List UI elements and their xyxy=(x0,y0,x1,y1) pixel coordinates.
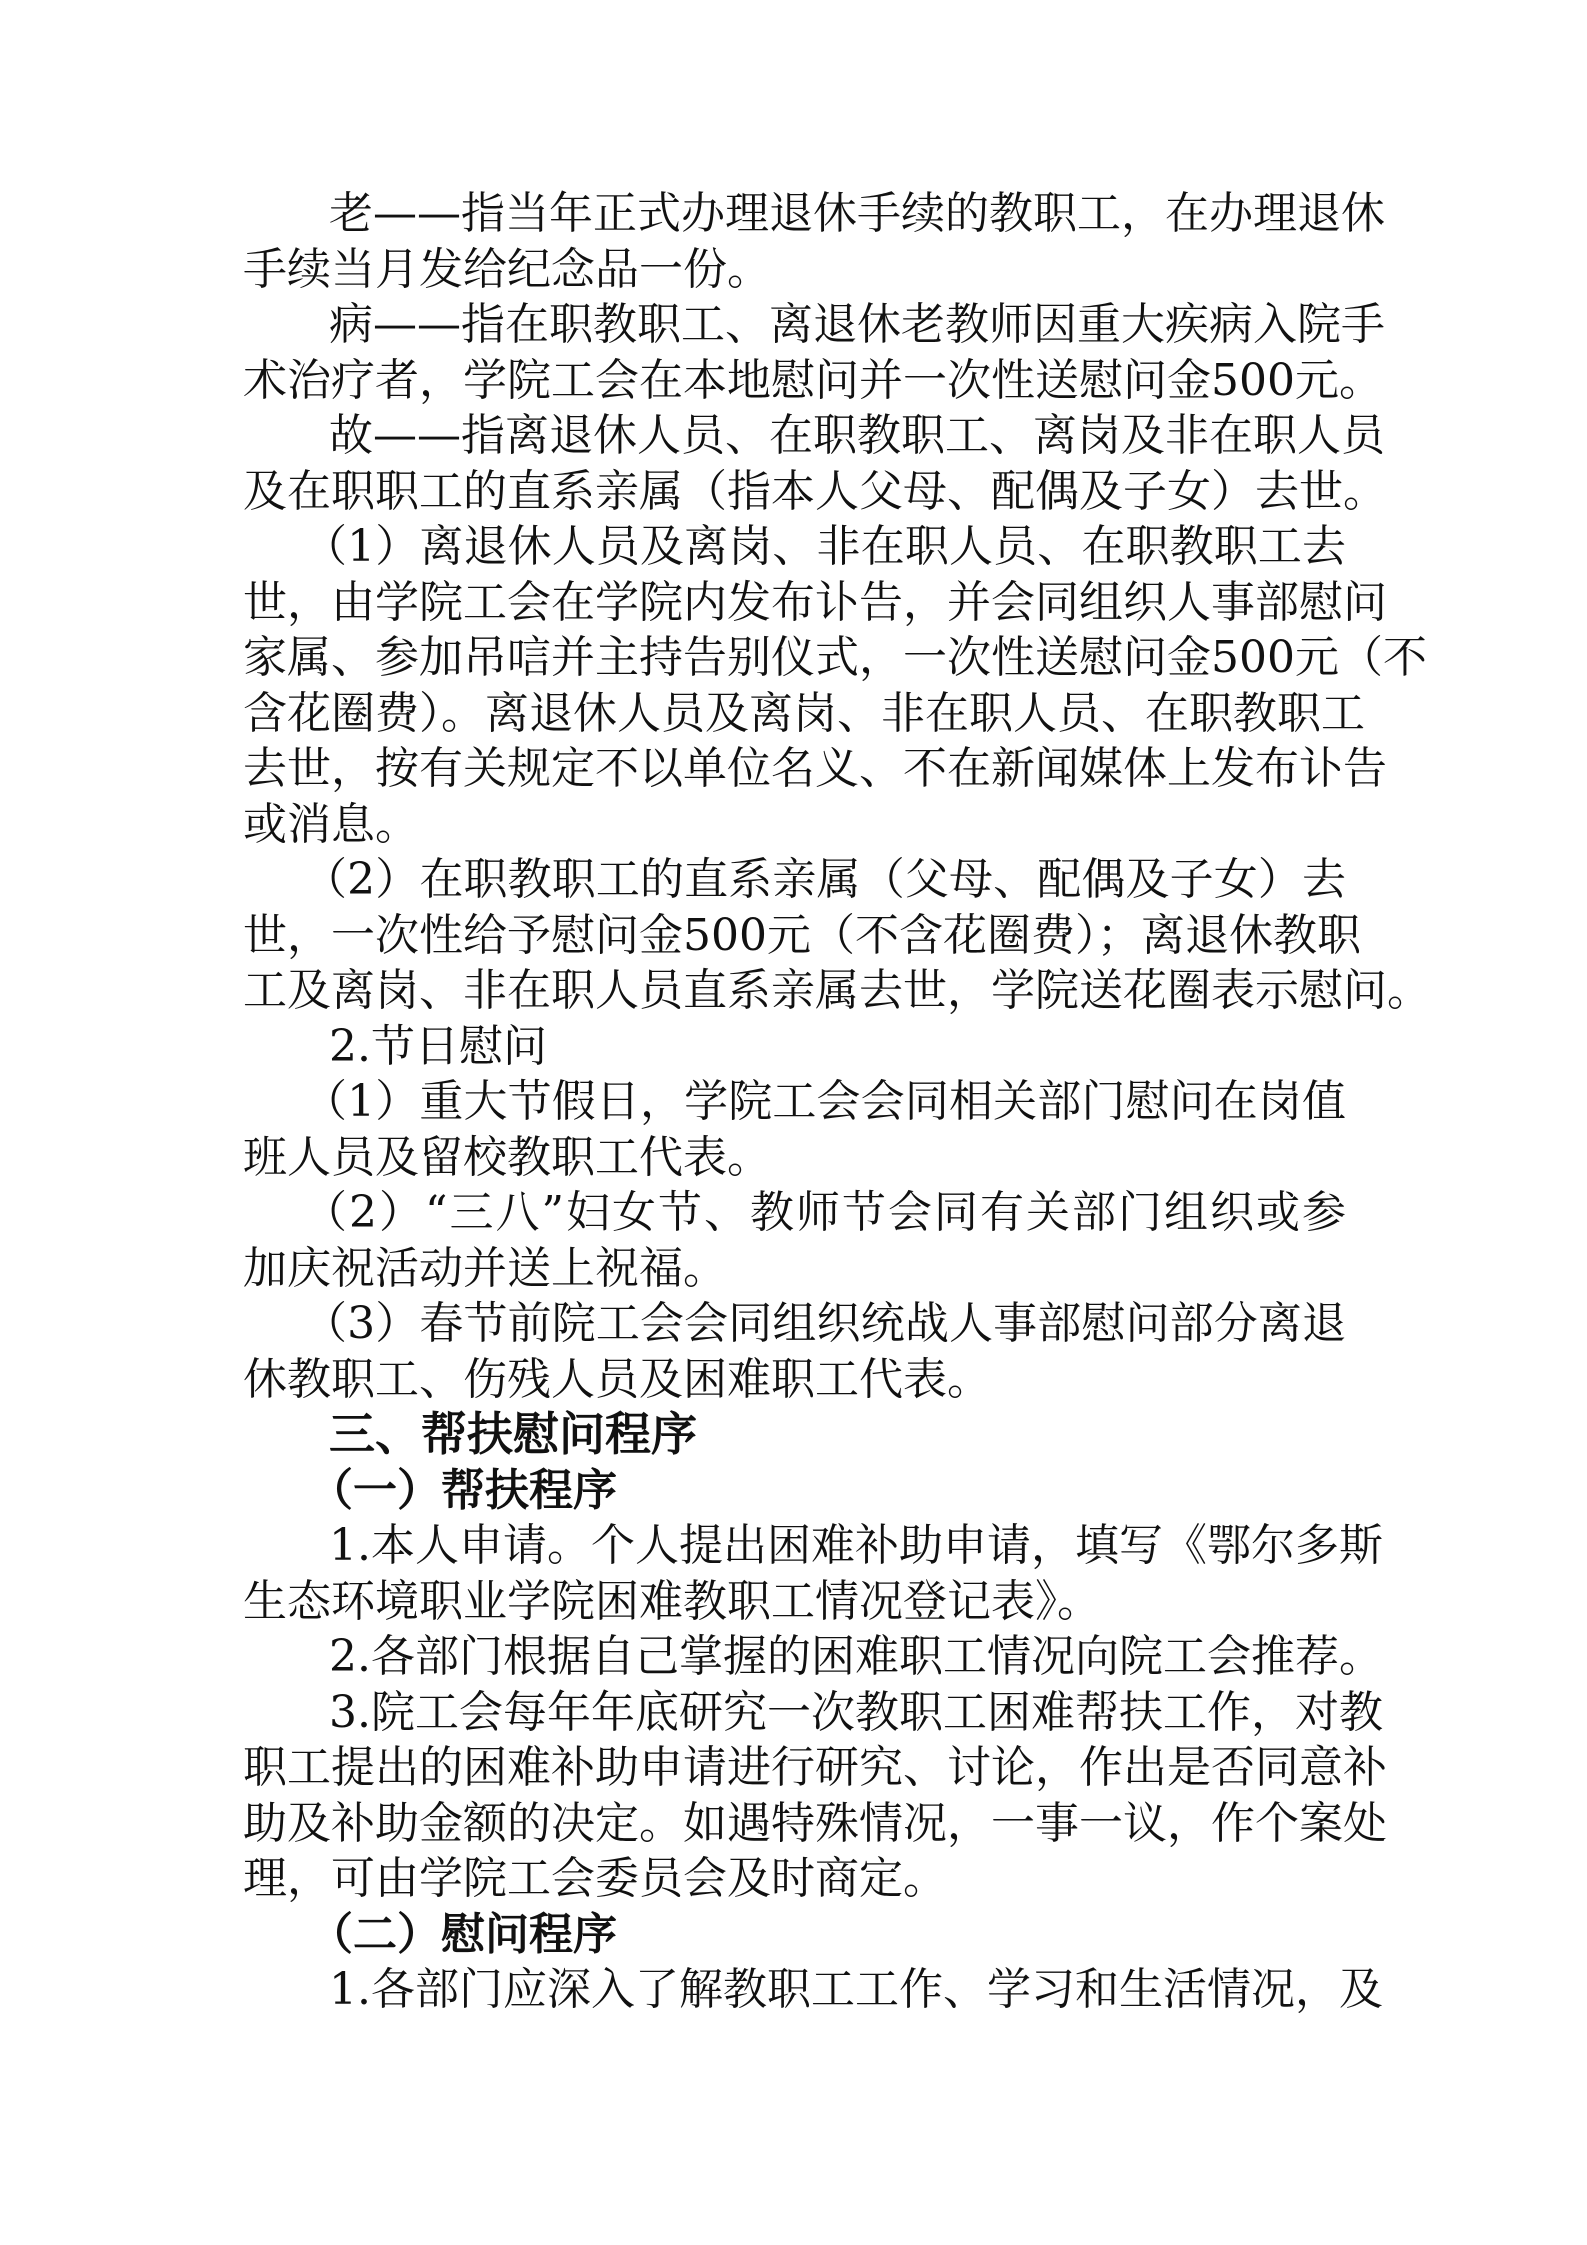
paragraph-line: 职工提出的困难补助申请进行研究、讨论，作出是否同意补 xyxy=(243,1740,1346,1796)
paragraph-line-lao: 老——指当年正式办理退休手续的教职工，在办理退休 xyxy=(243,186,1346,242)
list-item-line: 1.本人申请。个人提出困难补助申请，填写《鄂尔多斯 xyxy=(243,1518,1346,1574)
section-heading: 三、帮扶慰问程序 xyxy=(243,1407,1346,1463)
document-page: 老——指当年正式办理退休手续的教职工，在办理退休 手续当月发给纪念品一份。 病—… xyxy=(0,0,1587,2245)
list-item-line: （3）春节前院工会会同组织统战人事部慰问部分离退 xyxy=(243,1296,1346,1352)
paragraph-line: 休教职工、伤残人员及困难职工代表。 xyxy=(243,1352,1346,1408)
list-item-line: （2）“三八”妇女节、教师节会同有关部门组织或参 xyxy=(243,1185,1346,1241)
paragraph-line: 去世，按有关规定不以单位名义、不在新闻媒体上发布讣告 xyxy=(243,741,1346,797)
document-body: 老——指当年正式办理退休手续的教职工，在办理退休 手续当月发给纪念品一份。 病—… xyxy=(243,186,1346,2018)
list-item-line: 3.院工会每年年底研究一次教职工困难帮扶工作，对教 xyxy=(243,1685,1346,1741)
paragraph-line-bing: 病——指在职教职工、离退休老教师因重大疾病入院手 xyxy=(243,297,1346,353)
paragraph-line: 世，一次性给予慰问金500元（不含花圈费）；离退休教职 xyxy=(243,908,1346,964)
paragraph-line: 家属、参加吊唁并主持告别仪式，一次性送慰问金500元（不 xyxy=(243,630,1346,686)
list-item-line: （2）在职教职工的直系亲属（父母、配偶及子女）去 xyxy=(243,852,1346,908)
paragraph-line: 术治疗者，学院工会在本地慰问并一次性送慰问金500元。 xyxy=(243,353,1346,409)
paragraph-line-gu: 故——指离退休人员、在职教职工、离岗及非在职人员 xyxy=(243,408,1346,464)
paragraph-line: 及在职职工的直系亲属（指本人父母、配偶及子女）去世。 xyxy=(243,464,1346,520)
paragraph-line: 含花圈费）。离退休人员及离岗、非在职人员、在职教职工 xyxy=(243,686,1346,742)
paragraph-line: 世，由学院工会在学院内发布讣告，并会同组织人事部慰问 xyxy=(243,575,1346,631)
list-item-line: 1.各部门应深入了解教职工工作、学习和生活情况，及 xyxy=(243,1962,1346,2018)
paragraph-line: 工及离岗、非在职人员直系亲属去世，学院送花圈表示慰问。 xyxy=(243,963,1346,1019)
paragraph-line: 助及补助金额的决定。如遇特殊情况，一事一议，作个案处 xyxy=(243,1796,1346,1852)
paragraph-line: 加庆祝活动并送上祝福。 xyxy=(243,1241,1346,1297)
subsection-heading-condolence: （二）慰问程序 xyxy=(243,1907,1346,1963)
list-item-line: 2.各部门根据自己掌握的困难职工情况向院工会推荐。 xyxy=(243,1629,1346,1685)
subsection-title-holiday: 2.节日慰问 xyxy=(243,1019,1346,1075)
paragraph-line: 或消息。 xyxy=(243,797,1346,853)
paragraph-line: 手续当月发给纪念品一份。 xyxy=(243,242,1346,298)
paragraph-line: 理，可由学院工会委员会及时商定。 xyxy=(243,1851,1346,1907)
list-item-line: （1）离退休人员及离岗、非在职人员、在职教职工去 xyxy=(243,519,1346,575)
paragraph-line: 生态环境职业学院困难教职工情况登记表》。 xyxy=(243,1574,1346,1630)
subsection-heading-assistance: （一）帮扶程序 xyxy=(243,1463,1346,1519)
paragraph-line: 班人员及留校教职工代表。 xyxy=(243,1130,1346,1186)
list-item-line: （1）重大节假日，学院工会会同相关部门慰问在岗值 xyxy=(243,1074,1346,1130)
